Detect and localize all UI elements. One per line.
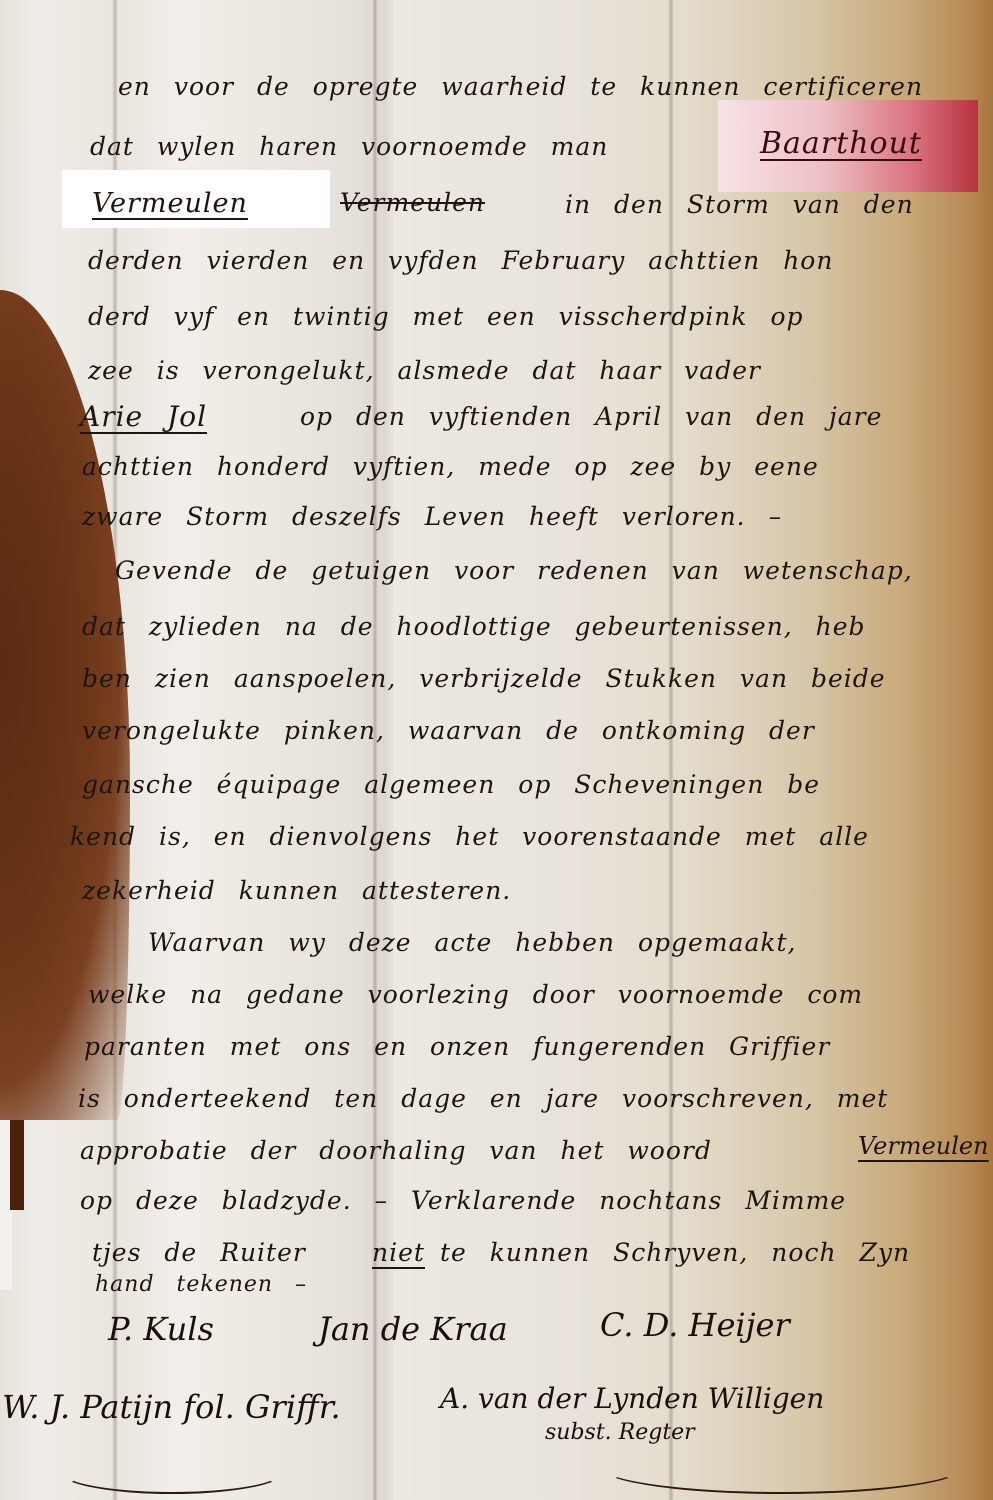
signature-text: A. van der Lynden Willigen bbox=[440, 1382, 824, 1415]
text-line: welke na gedane voorlezing door voornoem… bbox=[88, 980, 863, 1009]
text-line: zekerheid kunnen attesteren. bbox=[82, 876, 511, 905]
text-line: zware Storm deszelfs Leven heeft verlore… bbox=[82, 502, 782, 531]
text-line: verongelukte pinken, waarvan de ontkomin… bbox=[82, 716, 815, 745]
text-line: is onderteekend ten dage en jare voorsch… bbox=[78, 1084, 888, 1113]
text-line: Waarvan wy deze acte hebben opgemaakt, bbox=[148, 928, 797, 957]
struck-word: Vermeulen bbox=[340, 188, 485, 217]
line-text: is onderteekend ten dage en jare voorsch… bbox=[78, 1084, 888, 1113]
name-text: Vermeulen bbox=[858, 1132, 989, 1160]
margin-word-vermeulen: Vermeulen bbox=[858, 1132, 989, 1160]
text-line: paranten met ons en onzen fungerenden Gr… bbox=[84, 1032, 830, 1061]
text-line: op den vyftienden April van den jare bbox=[300, 402, 882, 431]
text-line: en voor de opregte waarheid te kunnen ce… bbox=[118, 72, 923, 101]
text-line: dat zylieden na de hoodlottige gebeurten… bbox=[82, 612, 866, 641]
text-line: in den Storm van den bbox=[565, 190, 914, 219]
text-line: Gevende de getuigen voor redenen van wet… bbox=[115, 556, 913, 585]
line-text: derd vyf en twintig met een visscherdpin… bbox=[88, 302, 804, 331]
document-page: en voor de opregte waarheid te kunnen ce… bbox=[0, 0, 993, 1500]
name-text: Baarthout bbox=[760, 126, 922, 161]
name-text: Arie Jol bbox=[80, 400, 207, 433]
line-text: op den vyftienden April van den jare bbox=[300, 402, 882, 431]
signature-text: Jan de Kraa bbox=[318, 1310, 508, 1348]
line-text: te kunnen Schryven, noch Zyn bbox=[440, 1238, 910, 1267]
line-text: hand tekenen – bbox=[95, 1272, 307, 1297]
signature-text: subst. Regter bbox=[545, 1420, 695, 1445]
line-text: dat zylieden na de hoodlottige gebeurten… bbox=[82, 612, 866, 641]
shadow-edge bbox=[10, 1120, 24, 1210]
text-line: gansche équipage algemeen op Scheveninge… bbox=[82, 770, 820, 799]
name-arie-jol: Arie Jol bbox=[80, 400, 207, 433]
text-line: kend is, en dienvolgens het voorenstaand… bbox=[70, 822, 869, 851]
name-baarthout: Baarthout bbox=[760, 126, 922, 161]
signature: Jan de Kraa bbox=[318, 1310, 508, 1348]
line-text: ben zien aanspoelen, verbrijzelde Stukke… bbox=[82, 664, 886, 693]
line-text: approbatie der doorhaling van het woord bbox=[80, 1136, 712, 1165]
signature-flourish bbox=[600, 1440, 964, 1494]
line-text: paranten met ons en onzen fungerenden Gr… bbox=[84, 1032, 830, 1061]
text-line: derden vierden en vyfden February achtti… bbox=[88, 246, 833, 275]
text-line: op deze bladzyde. – Verklarende nochtans… bbox=[80, 1186, 846, 1215]
text-line: derd vyf en twintig met een visscherdpin… bbox=[88, 302, 804, 331]
signature-flourish bbox=[60, 1450, 284, 1494]
line-text: in den Storm van den bbox=[565, 190, 914, 219]
line-text: achttien honderd vyftien, mede op zee by… bbox=[82, 452, 819, 481]
line-text: op deze bladzyde. – Verklarende nochtans… bbox=[80, 1186, 846, 1215]
line-text: en voor de opregte waarheid te kunnen ce… bbox=[118, 72, 923, 101]
line-text: zekerheid kunnen attesteren. bbox=[82, 876, 511, 905]
text-line: zee is verongelukt, alsmede dat haar vad… bbox=[88, 356, 761, 385]
paper-fold bbox=[668, 0, 674, 1500]
text-line: hand tekenen – bbox=[95, 1272, 307, 1297]
name-vermeulen: Vermeulen bbox=[92, 188, 248, 219]
signature: subst. Regter bbox=[545, 1420, 695, 1445]
line-text: zee is verongelukt, alsmede dat haar vad… bbox=[88, 356, 761, 385]
line-text: derden vierden en vyfden February achtti… bbox=[88, 246, 833, 275]
signature-text: W. J. Patijn fol. Griffr. bbox=[2, 1388, 341, 1426]
text-line: achttien honderd vyftien, mede op zee by… bbox=[82, 452, 819, 481]
signature: A. van der Lynden Willigen bbox=[440, 1382, 824, 1415]
line-text: Gevende de getuigen voor redenen van wet… bbox=[115, 556, 913, 585]
struck-text: Vermeulen bbox=[340, 188, 485, 217]
line-text: tjes de Ruiter bbox=[92, 1238, 306, 1267]
line-text: dat wylen haren voornoemde man bbox=[90, 132, 608, 161]
name-text: Vermeulen bbox=[92, 188, 248, 219]
line-text: verongelukte pinken, waarvan de ontkomin… bbox=[82, 716, 815, 745]
text-line: te kunnen Schryven, noch Zyn bbox=[440, 1238, 910, 1267]
signature: P. Kuls bbox=[108, 1310, 214, 1348]
line-text: zware Storm deszelfs Leven heeft verlore… bbox=[82, 502, 782, 531]
text-line: approbatie der doorhaling van het woord bbox=[80, 1136, 712, 1165]
text-line: ben zien aanspoelen, verbrijzelde Stukke… bbox=[82, 664, 886, 693]
text-line: dat wylen haren voornoemde man bbox=[90, 132, 608, 161]
paper-fold bbox=[372, 0, 378, 1500]
word-text: niet bbox=[372, 1238, 425, 1267]
signature-text: C. D. Heijer bbox=[600, 1306, 790, 1344]
word-niet: niet bbox=[372, 1238, 425, 1267]
signature-text: P. Kuls bbox=[108, 1310, 214, 1348]
line-text: kend is, en dienvolgens het voorenstaand… bbox=[70, 822, 869, 851]
line-text: welke na gedane voorlezing door voornoem… bbox=[88, 980, 863, 1009]
signature: W. J. Patijn fol. Griffr. bbox=[2, 1388, 341, 1426]
signature: C. D. Heijer bbox=[600, 1306, 790, 1344]
line-text: gansche équipage algemeen op Scheveninge… bbox=[82, 770, 820, 799]
line-text: Waarvan wy deze acte hebben opgemaakt, bbox=[148, 928, 797, 957]
text-line: tjes de Ruiter bbox=[92, 1238, 306, 1267]
